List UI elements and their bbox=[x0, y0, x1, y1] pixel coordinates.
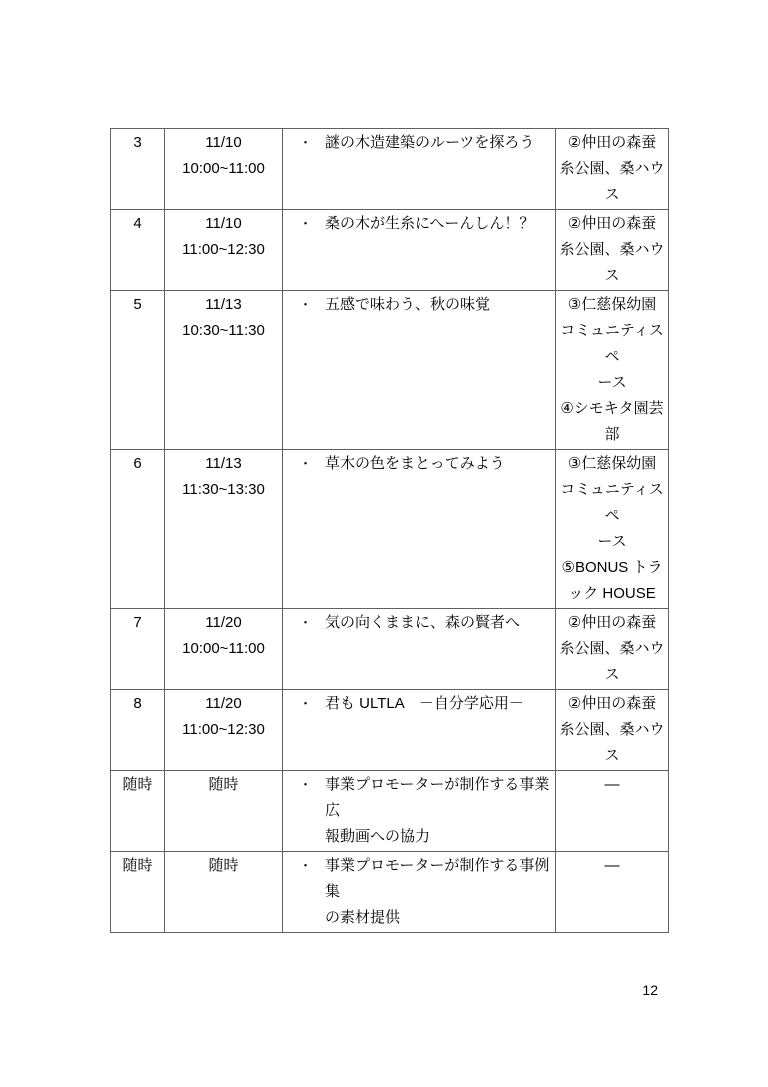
date-time-cell: 随時 bbox=[165, 771, 283, 852]
table-row: 311/10 10:00~11:00・謎の木造建築のルーツを探ろう②仲田の森蚕 … bbox=[111, 129, 669, 210]
schedule-table: 311/10 10:00~11:00・謎の木造建築のルーツを探ろう②仲田の森蚕 … bbox=[110, 128, 669, 933]
activity-text: 気の向くままに、森の賢者へ bbox=[325, 610, 555, 636]
location-cell: ― bbox=[556, 852, 669, 933]
table-row: 随時随時・事業プロモーターが制作する事業広 報動画への協力― bbox=[111, 771, 669, 852]
session-number-cell: 4 bbox=[111, 210, 165, 291]
date-time-cell: 11/20 11:00~12:30 bbox=[165, 690, 283, 771]
session-number-cell: 6 bbox=[111, 450, 165, 609]
table-row: 511/13 10:30~11:30・五感で味わう、秋の味覚③仁慈保幼園 コミュ… bbox=[111, 291, 669, 450]
document-page: 311/10 10:00~11:00・謎の木造建築のルーツを探ろう②仲田の森蚕 … bbox=[0, 0, 768, 1087]
session-number-cell: 8 bbox=[111, 690, 165, 771]
activity-text: 五感で味わう、秋の味覚 bbox=[325, 292, 555, 318]
table-row: 811/20 11:00~12:30・君も ULTLA －自分学応用－②仲田の森… bbox=[111, 690, 669, 771]
bullet-icon: ・ bbox=[283, 610, 325, 636]
session-number-cell: 7 bbox=[111, 609, 165, 690]
bullet-icon: ・ bbox=[283, 772, 325, 798]
date-time-cell: 11/10 10:00~11:00 bbox=[165, 129, 283, 210]
activity-cell: ・草木の色をまとってみよう bbox=[283, 450, 556, 609]
bullet-icon: ・ bbox=[283, 691, 325, 717]
session-number-cell: 随時 bbox=[111, 852, 165, 933]
location-cell: ― bbox=[556, 771, 669, 852]
activity-text: 事業プロモーターが制作する事業広 報動画への協力 bbox=[325, 772, 555, 850]
page-number: 12 bbox=[630, 982, 658, 998]
location-cell: ②仲田の森蚕 糸公園、桑ハウ ス bbox=[556, 609, 669, 690]
bullet-icon: ・ bbox=[283, 130, 325, 156]
activity-text: 事業プロモーターが制作する事例集 の素材提供 bbox=[325, 853, 555, 931]
date-time-cell: 11/10 11:00~12:30 bbox=[165, 210, 283, 291]
table-row: 随時随時・事業プロモーターが制作する事例集 の素材提供― bbox=[111, 852, 669, 933]
location-cell: ③仁慈保幼園 コミュニティスペ ース ④シモキタ園芸 部 bbox=[556, 291, 669, 450]
bullet-icon: ・ bbox=[283, 211, 325, 237]
activity-text: 草木の色をまとってみよう bbox=[325, 451, 555, 477]
activity-cell: ・五感で味わう、秋の味覚 bbox=[283, 291, 556, 450]
date-time-cell: 11/13 11:30~13:30 bbox=[165, 450, 283, 609]
table-row: 411/10 11:00~12:30・桑の木が生糸にへーんしん！？②仲田の森蚕 … bbox=[111, 210, 669, 291]
location-cell: ②仲田の森蚕 糸公園、桑ハウ ス bbox=[556, 690, 669, 771]
table-row: 611/13 11:30~13:30・草木の色をまとってみよう③仁慈保幼園 コミ… bbox=[111, 450, 669, 609]
location-cell: ③仁慈保幼園 コミュニティスペ ース ⑤BONUS トラ ック HOUSE bbox=[556, 450, 669, 609]
bullet-icon: ・ bbox=[283, 451, 325, 477]
activity-cell: ・気の向くままに、森の賢者へ bbox=[283, 609, 556, 690]
table-row: 711/20 10:00~11:00・気の向くままに、森の賢者へ②仲田の森蚕 糸… bbox=[111, 609, 669, 690]
bullet-icon: ・ bbox=[283, 292, 325, 318]
location-cell: ②仲田の森蚕 糸公園、桑ハウ ス bbox=[556, 129, 669, 210]
activity-text: 君も ULTLA －自分学応用－ bbox=[325, 691, 555, 717]
activity-text: 桑の木が生糸にへーんしん！？ bbox=[325, 211, 555, 237]
activity-cell: ・君も ULTLA －自分学応用－ bbox=[283, 690, 556, 771]
date-time-cell: 11/13 10:30~11:30 bbox=[165, 291, 283, 450]
location-cell: ②仲田の森蚕 糸公園、桑ハウ ス bbox=[556, 210, 669, 291]
date-time-cell: 随時 bbox=[165, 852, 283, 933]
session-number-cell: 5 bbox=[111, 291, 165, 450]
date-time-cell: 11/20 10:00~11:00 bbox=[165, 609, 283, 690]
activity-text: 謎の木造建築のルーツを探ろう bbox=[325, 130, 555, 156]
bullet-icon: ・ bbox=[283, 853, 325, 879]
activity-cell: ・謎の木造建築のルーツを探ろう bbox=[283, 129, 556, 210]
activity-cell: ・事業プロモーターが制作する事業広 報動画への協力 bbox=[283, 771, 556, 852]
activity-cell: ・事業プロモーターが制作する事例集 の素材提供 bbox=[283, 852, 556, 933]
session-number-cell: 3 bbox=[111, 129, 165, 210]
activity-cell: ・桑の木が生糸にへーんしん！？ bbox=[283, 210, 556, 291]
session-number-cell: 随時 bbox=[111, 771, 165, 852]
